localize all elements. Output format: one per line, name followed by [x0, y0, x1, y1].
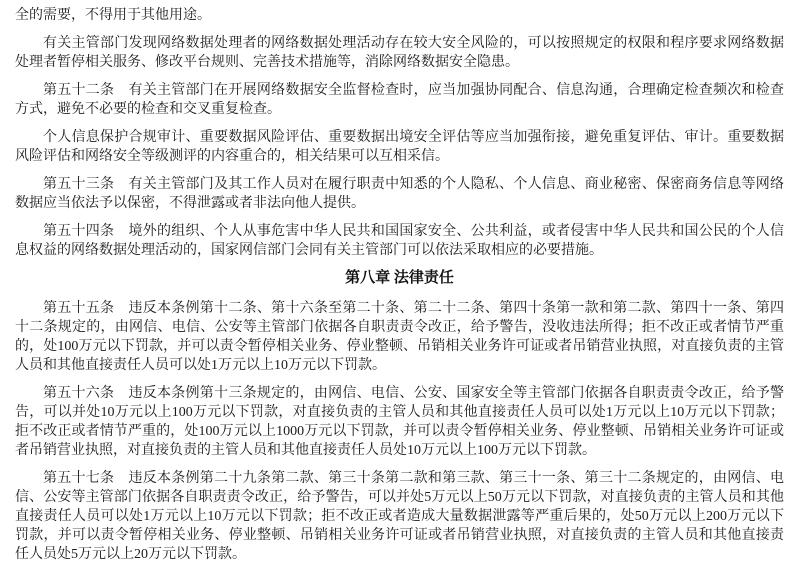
article-57-paragraph: 第五十七条 违反本条例第二十九条第二款、第三十条第二款和第三款、第三十一条、第三…: [15, 469, 784, 564]
paragraph-audit-assessment: 个人信息保护合规审计、重要数据风险评估、重要数据出境安全评估等应当加强衔接，避免…: [15, 128, 784, 166]
chapter-8-heading: 第八章 法律责任: [15, 269, 784, 288]
continuation-paragraph: 全的需要，不得用于其他用途。: [15, 6, 784, 25]
paragraph-supervision-risk: 有关主管部门发现网络数据处理者的网络数据处理活动存在较大安全风险的，可以按照规定…: [15, 34, 784, 72]
article-53-paragraph: 第五十三条 有关主管部门及其工作人员对在履行职责中知悉的个人隐私、个人信息、商业…: [15, 175, 784, 213]
article-54-paragraph: 第五十四条 境外的组织、个人从事危害中华人民共和国国家安全、公共利益，或者侵害中…: [15, 222, 784, 260]
document-page: 全的需要，不得用于其他用途。 有关主管部门发现网络数据处理者的网络数据处理活动存…: [0, 0, 800, 565]
article-52-paragraph: 第五十二条 有关主管部门在开展网络数据安全监督检查时，应当加强协同配合、信息沟通…: [15, 81, 784, 119]
article-56-paragraph: 第五十六条 违反本条例第十三条规定的，由网信、电信、公安、国家安全等主管部门依据…: [15, 384, 784, 460]
article-55-paragraph: 第五十五条 违反本条例第十二条、第十六条至第二十条、第二十二条、第四十条第一款和…: [15, 299, 784, 375]
